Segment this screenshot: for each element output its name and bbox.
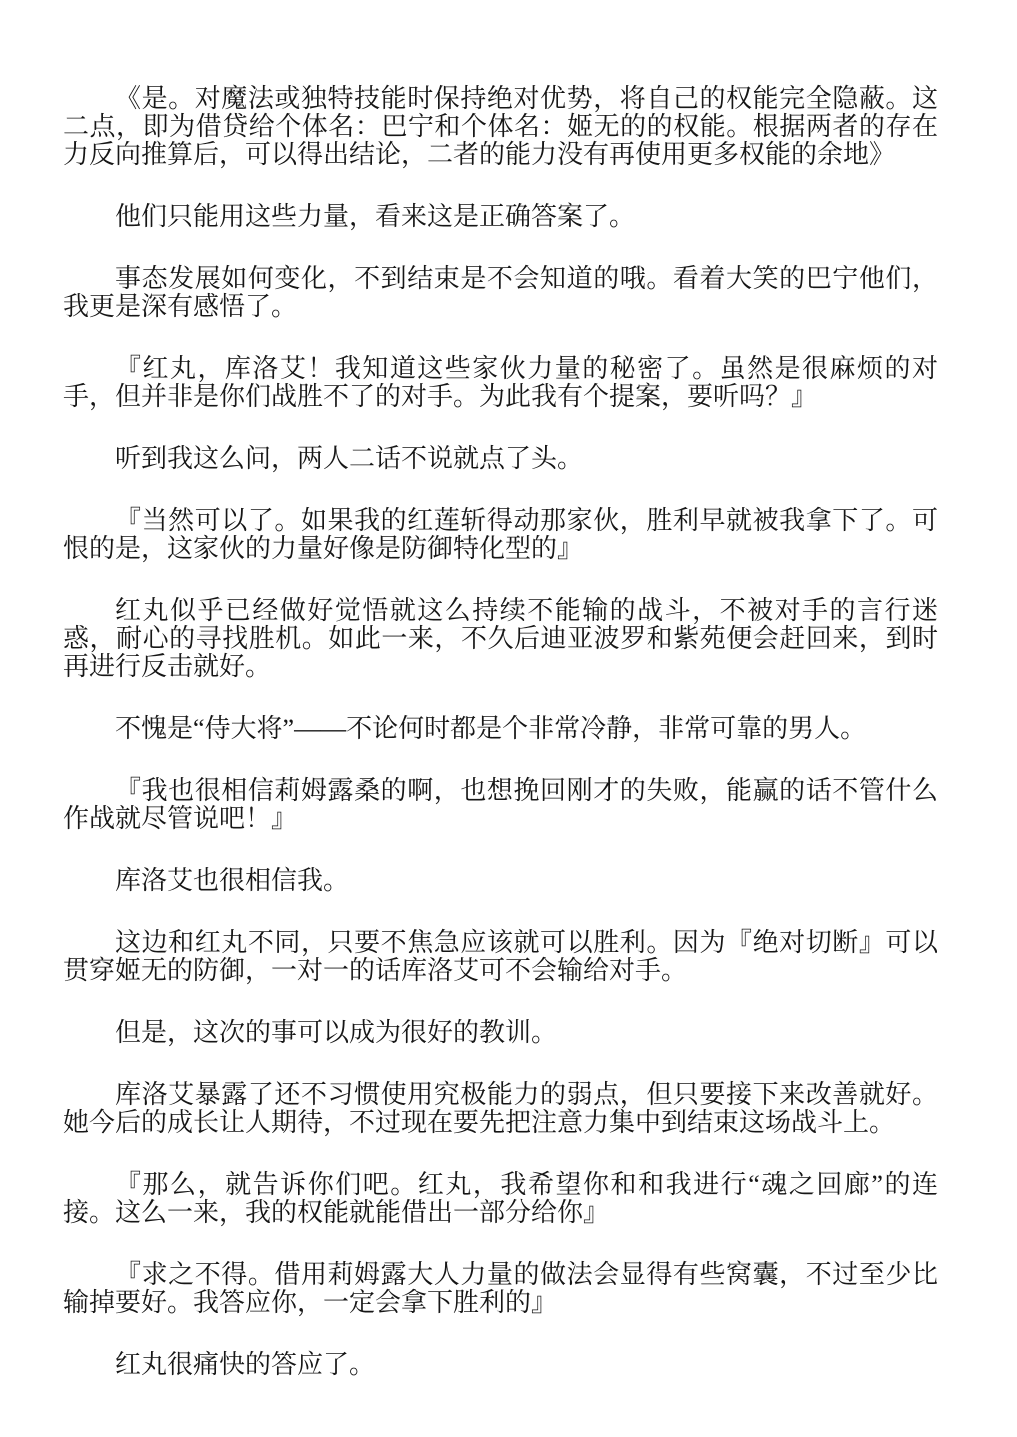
paragraph-12: 但是，这次的事可以成为很好的教训。	[63, 1019, 938, 1047]
paragraph-8: 不愧是“侍大将”——不论何时都是个非常冷静，非常可靠的男人。	[63, 715, 938, 743]
paragraph-3: 事态发展如何变化，不到结束是不会知道的哦。看着大笑的巴宁他们，我更是深有感悟了。	[63, 265, 938, 321]
document-page: 《是。对魔法或独特技能时保持绝对优势，将自己的权能完全隐蔽。这二点，即为借贷给个…	[0, 0, 1017, 1437]
paragraph-9: 『我也很相信莉姆露桑的啊，也想挽回刚才的失败，能赢的话不管什么作战就尽管说吧！』	[63, 777, 938, 833]
paragraph-16: 红丸很痛快的答应了。	[63, 1351, 938, 1379]
paragraph-4: 『红丸，库洛艾！我知道这些家伙力量的秘密了。虽然是很麻烦的对手，但并非是你们战胜…	[63, 355, 938, 411]
paragraph-13: 库洛艾暴露了还不习惯使用究极能力的弱点，但只要接下来改善就好。她今后的成长让人期…	[63, 1081, 938, 1137]
paragraph-5: 听到我这么问，两人二话不说就点了头。	[63, 445, 938, 473]
paragraph-14: 『那么，就告诉你们吧。红丸，我希望你和和我进行“魂之回廊”的连接。这么一来，我的…	[63, 1171, 938, 1227]
paragraph-7: 红丸似乎已经做好觉悟就这么持续不能输的战斗，不被对手的言行迷惑，耐心的寻找胜机。…	[63, 597, 938, 681]
paragraph-2: 他们只能用这些力量，看来这是正确答案了。	[63, 203, 938, 231]
paragraph-1: 《是。对魔法或独特技能时保持绝对优势，将自己的权能完全隐蔽。这二点，即为借贷给个…	[63, 85, 938, 169]
paragraph-10: 库洛艾也很相信我。	[63, 867, 938, 895]
paragraph-6: 『当然可以了。如果我的红莲斩得动那家伙，胜利早就被我拿下了。可恨的是，这家伙的力…	[63, 507, 938, 563]
paragraph-15: 『求之不得。借用莉姆露大人力量的做法会显得有些窝囊，不过至少比输掉要好。我答应你…	[63, 1261, 938, 1317]
document-body: 《是。对魔法或独特技能时保持绝对优势，将自己的权能完全隐蔽。这二点，即为借贷给个…	[63, 85, 938, 1379]
paragraph-11: 这边和红丸不同，只要不焦急应该就可以胜利。因为『绝对切断』可以贯穿姬无的防御，一…	[63, 929, 938, 985]
